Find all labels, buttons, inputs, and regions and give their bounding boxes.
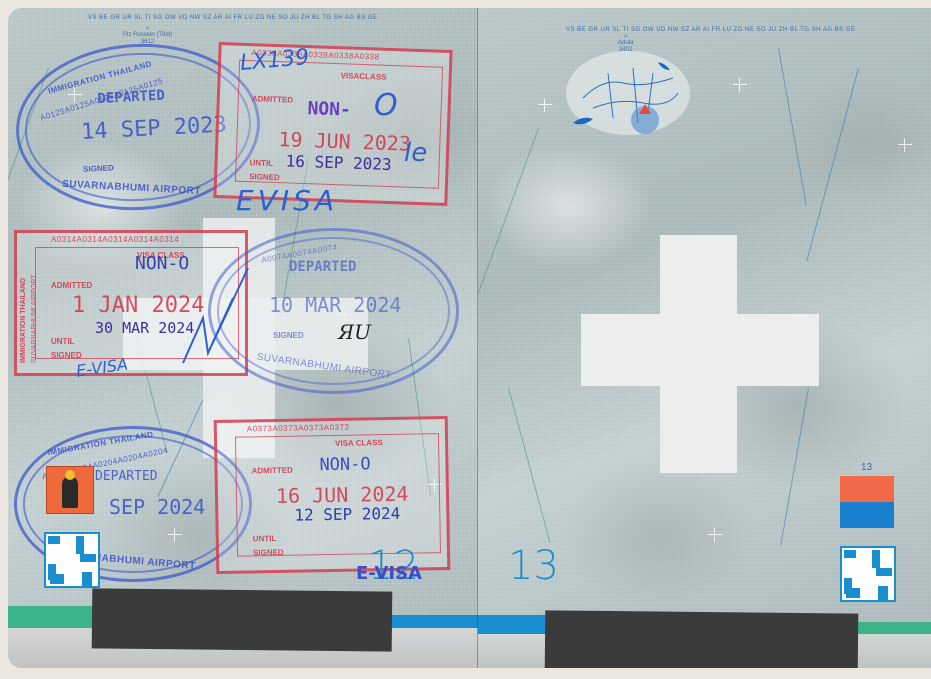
switzerland-river-map <box>563 48 693 148</box>
canton-strip: VS BE GR UR SL TI SG OW VD NW SZ AR AI F… <box>566 27 856 33</box>
sparkle-mark <box>538 98 552 112</box>
terrain-river <box>806 68 859 261</box>
page-number: 13 <box>508 543 559 589</box>
visa-class: NON-O <box>319 454 371 475</box>
terrain-river <box>778 48 807 206</box>
security-pattern <box>840 546 896 602</box>
canton-strip: VS BE GR UR SL TI SG OW VD NW SZ AR AI F… <box>88 15 378 21</box>
redaction-box <box>545 610 859 668</box>
until-date: 16 SEP 2023 <box>285 151 392 174</box>
handwriting-initials: ЯU <box>338 320 371 344</box>
terrain-river <box>508 388 550 543</box>
handwriting-initials: le <box>404 138 427 168</box>
sparkle-mark <box>708 528 722 542</box>
glarus-coat-of-arms <box>46 466 94 514</box>
passport-page-right: VS BE GR UR SL TI SG OW VD NW SZ AR AI F… <box>478 8 931 668</box>
handwriting-mark: O <box>374 88 398 123</box>
coat-page-mark: 13 <box>861 462 872 473</box>
sparkle-mark <box>898 138 912 152</box>
departure-date: 10 MAR 2024 <box>269 293 401 317</box>
departure-date: SEP 2024 <box>109 495 205 519</box>
evisa-stamp: E-VISA <box>356 563 422 584</box>
departure-stamp: A0074A0074A0074 DEPARTED 10 MAR 2024 SIG… <box>208 228 459 394</box>
terrain-river <box>780 388 809 546</box>
swiss-cross-horizontal <box>581 314 819 386</box>
sparkle-mark <box>733 78 747 92</box>
security-pattern <box>44 532 100 588</box>
handwriting-evisa: EVISA <box>236 184 338 217</box>
until-date: 12 SEP 2024 <box>294 504 400 525</box>
ticino-coat-of-arms <box>840 476 894 528</box>
passport-page-left: VS BE GR UR SL TI SG OW VD NW SZ AR AI F… <box>8 8 478 668</box>
terrain-river <box>478 128 539 316</box>
peak-label: ▵ Piz Russein (Tödi) 3612 <box>123 25 172 46</box>
redaction-box <box>92 588 393 651</box>
visa-class: NON- <box>307 98 351 121</box>
